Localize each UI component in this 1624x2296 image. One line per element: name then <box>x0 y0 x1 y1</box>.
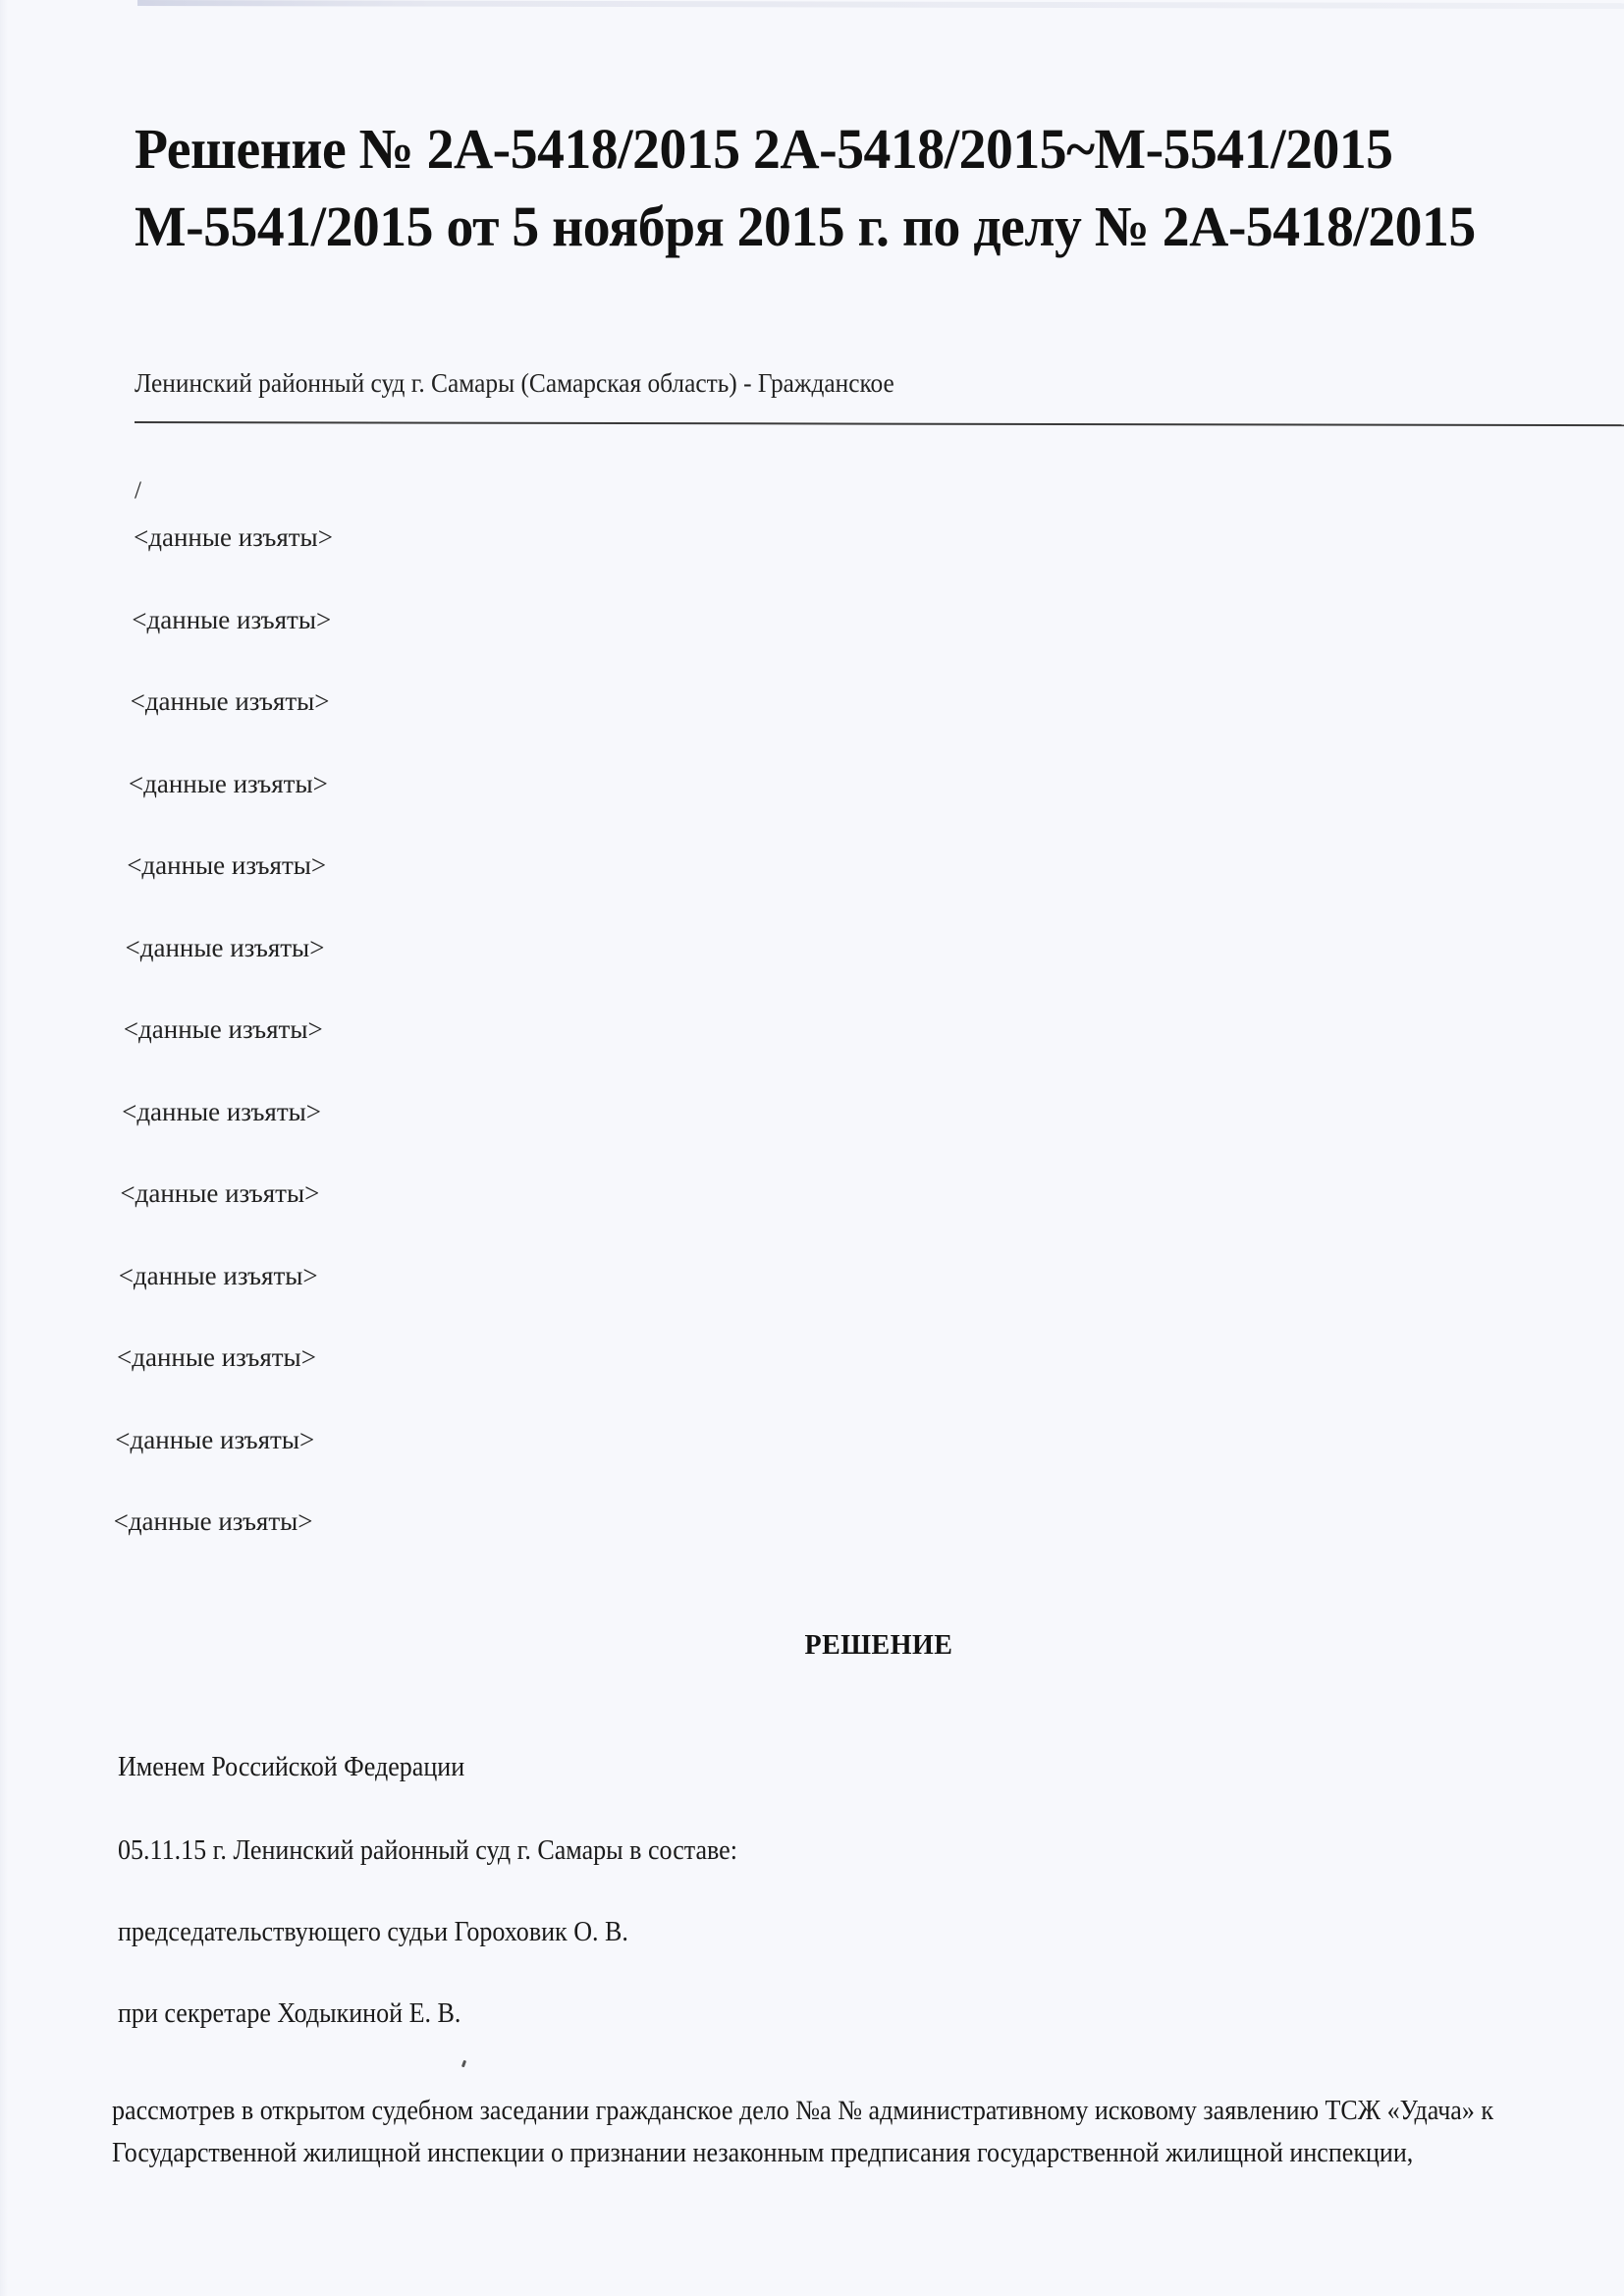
paragraph-in-the-name: Именем Российской Федерации <box>118 1752 464 1783</box>
paragraph-case-description: рассмотрев в открытом судебном заседании… <box>112 2090 1592 2174</box>
header-divider <box>135 421 1624 426</box>
redacted-entry: <данные изъяты> <box>117 1342 316 1372</box>
redacted-entry: <данные изъяты> <box>122 1097 321 1126</box>
redacted-entry: <данные изъяты> <box>119 1261 318 1290</box>
redacted-entry: <данные изъяты> <box>134 522 333 552</box>
scan-speck-artifact <box>461 2060 466 2068</box>
document-page: Решение № 2А-5418/2015 2А-5418/2015~М-55… <box>0 0 1624 2296</box>
paragraph-court-composition: 05.11.15 г. Ленинский районный суд г. Са… <box>118 1835 737 1867</box>
decision-heading: РЕШЕНИЕ <box>0 1630 1624 1662</box>
paragraph-presiding-judge: председательствующего судьи Гороховик О.… <box>118 1917 628 1948</box>
redacted-entry: <данные изъяты> <box>126 933 325 962</box>
separator-slash: / <box>135 477 141 505</box>
paragraph-secretary: при секретаре Ходыкиной Е. В. <box>118 1998 460 2030</box>
document-title: Решение № 2А-5418/2015 2А-5418/2015~М-55… <box>135 110 1548 265</box>
redacted-entry: <данные изъяты> <box>129 769 328 798</box>
redacted-entry: <данные изъяты> <box>131 686 330 716</box>
redacted-entry: <данные изъяты> <box>124 1014 323 1044</box>
redacted-entry: <данные изъяты> <box>114 1506 313 1536</box>
redacted-entry: <данные изъяты> <box>115 1425 314 1454</box>
redacted-entry: <данные изъяты> <box>120 1178 319 1208</box>
redacted-entry: <данные изъяты> <box>132 605 331 634</box>
redacted-entry: <данные изъяты> <box>127 850 326 880</box>
court-line: Ленинский районный суд г. Самары (Самарс… <box>135 367 894 399</box>
